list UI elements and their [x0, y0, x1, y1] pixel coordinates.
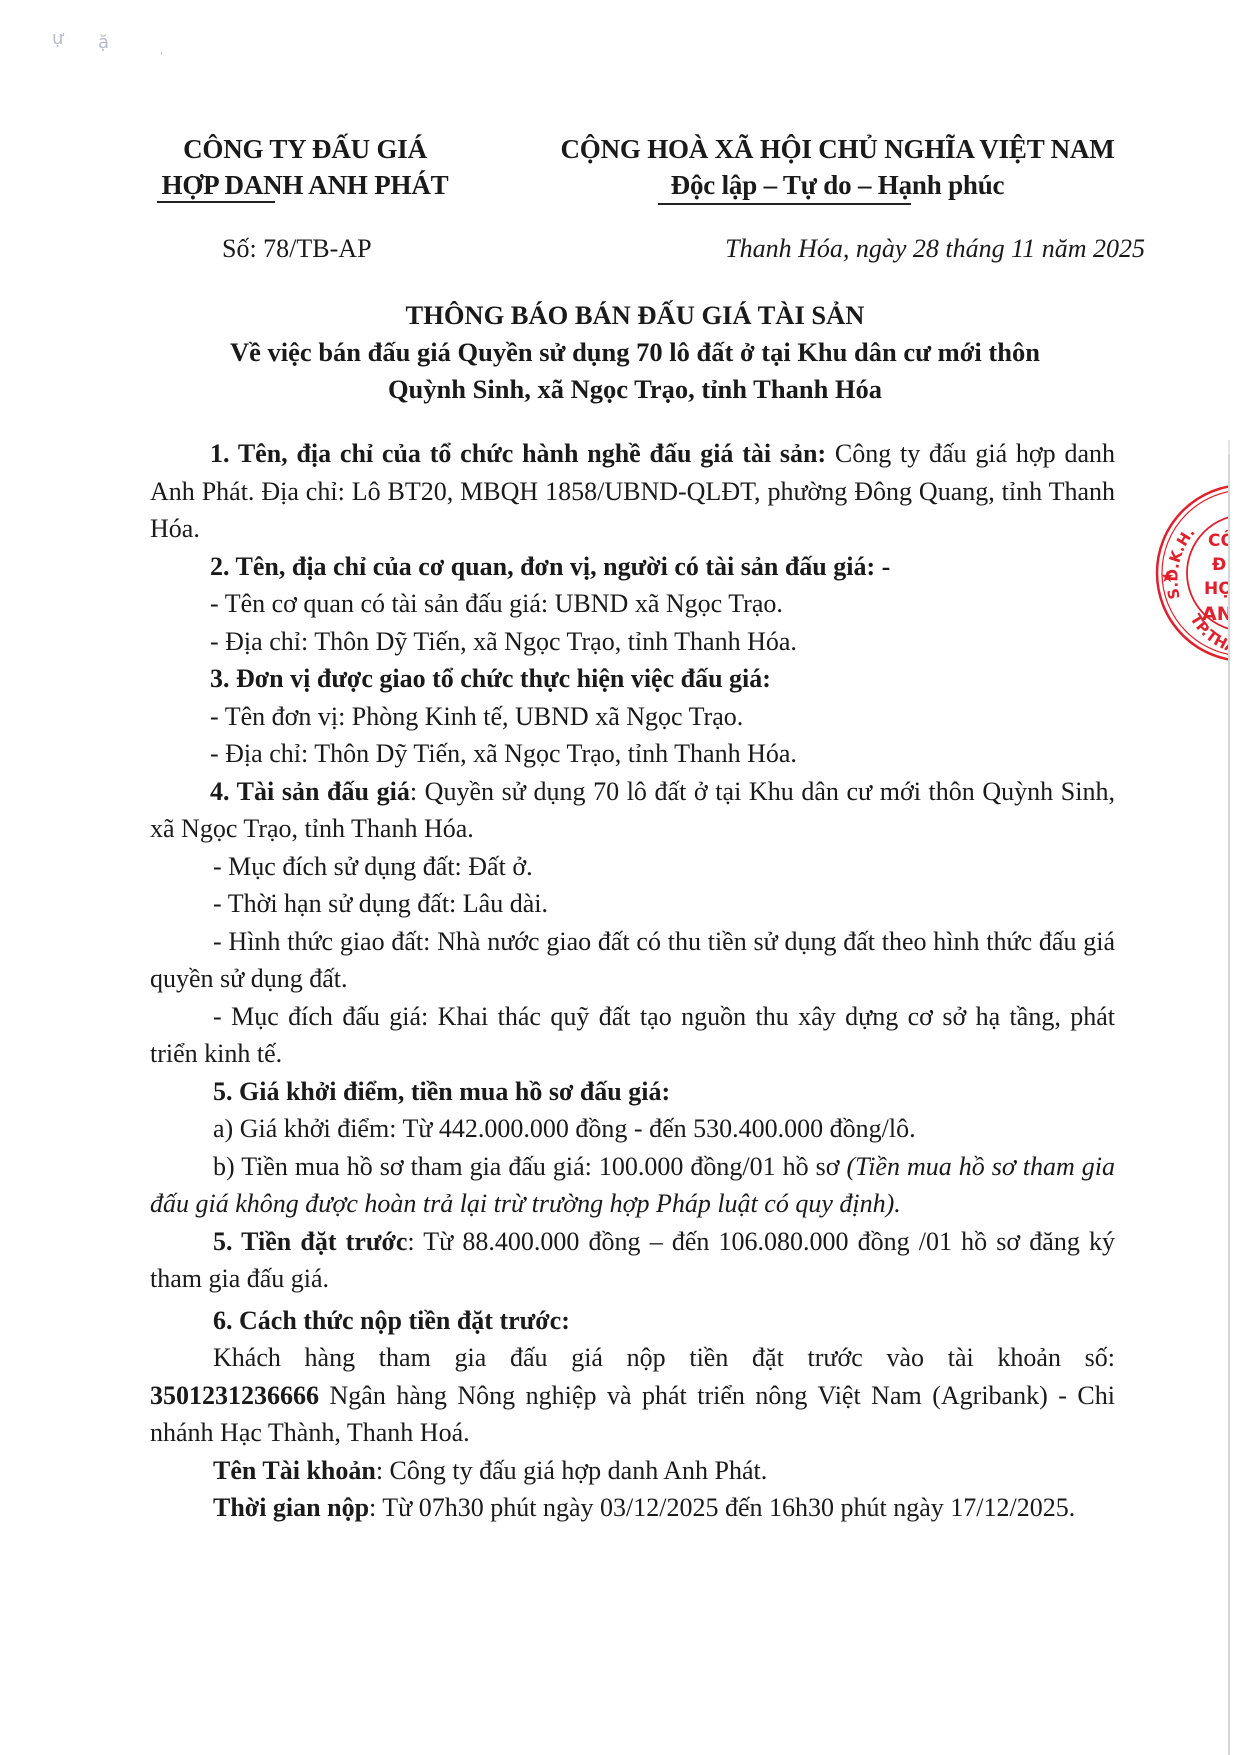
account-name: : Công ty đấu giá hợp danh Anh Phát. — [376, 1456, 767, 1485]
section-4: 4. Tài sản đấu giá: Quyền sử dụng 70 lô … — [150, 773, 1115, 848]
section-6-bank: 3501231236666 Ngân hàng Nông nghiệp và p… — [150, 1377, 1115, 1452]
national-header: CỘNG HOÀ XÃ HỘI CHỦ NGHĨA VIỆT NAM Độc l… — [520, 131, 1155, 203]
section-3-item: - Địa chỉ: Thôn Dỹ Tiến, xã Ngọc Trạo, t… — [150, 735, 1115, 773]
seal-line: Đ — [1212, 555, 1226, 575]
organization-name-line2: HỢP DANH ANH PHÁT — [140, 167, 470, 203]
section-3-heading: 3. Đơn vị được giao tổ chức thực hiện vi… — [150, 660, 1115, 698]
section-4-item: - Mục đích sử dụng đất: Đất ở. — [150, 848, 1115, 886]
seal-line: CÔ — [1208, 529, 1235, 551]
seal-ring-top: S.D.K.H. — [1163, 523, 1198, 600]
section-1-heading: 1. Tên, địa chỉ của tổ chức hành nghề đấ… — [210, 439, 826, 468]
svg-text:★: ★ — [1160, 567, 1174, 586]
section-4-item: - Mục đích đấu giá: Khai thác quỹ đất tạ… — [150, 998, 1115, 1073]
section-4-item: - Thời hạn sử dụng đất: Lâu dài. — [150, 885, 1115, 923]
scan-artifact: ặ — [98, 32, 109, 53]
title-main: THÔNG BÁO BÁN ĐẤU GIÁ TÀI SẢN — [140, 297, 1130, 334]
section-6-heading: 6. Cách thức nộp tiền đặt trước: — [150, 1302, 1115, 1340]
section-5-item-b: b) Tiền mua hồ sơ tham gia đấu giá: 100.… — [150, 1148, 1115, 1223]
section-4-item: - Hình thức giao đất: Nhà nước giao đất … — [150, 923, 1115, 998]
national-title: CỘNG HOÀ XÃ HỘI CHỦ NGHĨA VIỆT NAM — [520, 131, 1155, 167]
account-number: 3501231236666 — [150, 1381, 319, 1410]
account-name-label: Tên Tài khoản — [213, 1456, 376, 1485]
document-title: THÔNG BÁO BÁN ĐẤU GIÁ TÀI SẢN Về việc bá… — [140, 297, 1130, 408]
time-text: : Từ 07h30 phút ngày 03/12/2025 đến 16h3… — [369, 1493, 1075, 1522]
section-6-account-name: Tên Tài khoản: Công ty đấu giá hợp danh … — [150, 1452, 1115, 1490]
seal-line: HỢ — [1204, 579, 1233, 599]
title-sub-line1: Về việc bán đấu giá Quyền sử dụng 70 lô … — [140, 334, 1130, 371]
section-2-item: - Địa chỉ: Thôn Dỹ Tiến, xã Ngọc Trạo, t… — [150, 623, 1115, 661]
section-5-item-b-text: b) Tiền mua hồ sơ tham gia đấu giá: 100.… — [213, 1152, 847, 1181]
svg-text:S.D.K.H.: S.D.K.H. — [1163, 523, 1198, 600]
motto-underline — [658, 203, 911, 205]
section-5-heading: 5. Giá khởi điểm, tiền mua hồ sơ đấu giá… — [150, 1073, 1115, 1111]
section-3-item: - Tên đơn vị: Phòng Kinh tế, UBND xã Ngọ… — [150, 698, 1115, 736]
section-1: 1. Tên, địa chỉ của tổ chức hành nghề đấ… — [150, 435, 1115, 548]
document-body: 1. Tên, địa chỉ của tổ chức hành nghề đấ… — [150, 435, 1115, 1527]
document-number: Số: 78/TB-AP — [222, 234, 372, 264]
section-2-item: - Tên cơ quan có tài sản đấu giá: UBND x… — [150, 585, 1115, 623]
section-5b-heading: 5. Tiền đặt trước — [213, 1227, 407, 1256]
time-label: Thời gian nộp — [213, 1493, 369, 1522]
section-5-item-a: a) Giá khởi điểm: Từ 442.000.000 đồng - … — [150, 1110, 1115, 1148]
section-6-intro: Khách hàng tham gia đấu giá nộp tiền đặt… — [150, 1339, 1115, 1377]
place-date: Thanh Hóa, ngày 28 tháng 11 năm 2025 — [725, 234, 1145, 264]
scan-artifact: ự — [52, 28, 63, 49]
national-motto: Độc lập – Tự do – Hạnh phúc — [520, 167, 1155, 203]
organization-underline — [157, 201, 275, 203]
section-5b: 5. Tiền đặt trước: Từ 88.400.000 đồng – … — [150, 1223, 1115, 1298]
section-4-heading: 4. Tài sản đấu giá — [210, 777, 410, 806]
seal-icon: S.D.K.H. TP.THANH ★ CÔ Đ HỢ AN — [1150, 478, 1241, 668]
scan-artifact: ˈ — [160, 50, 163, 64]
section-6-time: Thời gian nộp: Từ 07h30 phút ngày 03/12/… — [150, 1489, 1115, 1527]
organization-header: CÔNG TY ĐẤU GIÁ HỢP DANH ANH PHÁT — [140, 131, 470, 203]
section-2-heading: 2. Tên, địa chỉ của cơ quan, đơn vị, ngư… — [150, 548, 1115, 586]
organization-name-line1: CÔNG TY ĐẤU GIÁ — [140, 131, 470, 167]
title-sub-line2: Quỳnh Sinh, xã Ngọc Trạo, tỉnh Thanh Hóa — [140, 371, 1130, 408]
seal-line: AN — [1202, 603, 1233, 625]
company-seal: S.D.K.H. TP.THANH ★ CÔ Đ HỢ AN — [1150, 478, 1241, 668]
